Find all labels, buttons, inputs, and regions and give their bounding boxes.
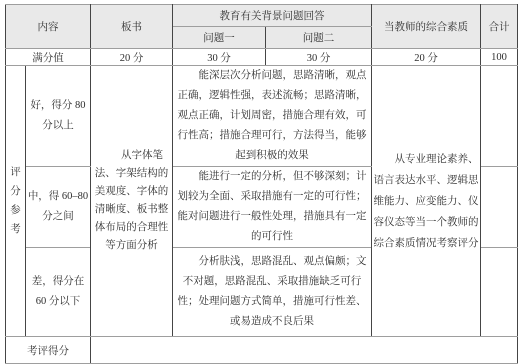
scoring-rubric-table-container: 内容 板书 教育有关背景问题回答 当教师的综合素质 合计 问题一 问题二 满分值…	[5, 4, 518, 364]
full-score-row: 满分值 20 分 30 分 30 分 20 分 100	[6, 49, 518, 66]
full-score-banshu: 20 分	[91, 49, 173, 66]
header-content: 内容	[6, 5, 91, 49]
grade-medium-label: 中，得 60–80 分之间	[26, 167, 91, 248]
total-cell-good	[481, 66, 518, 167]
criteria-side-label: 评分参考	[6, 66, 26, 337]
teacher-quality-criteria-cell: 从专业理论素养、语言表达水平、逻辑思维能力、应变能力、仪容仪态等当一个教师的综合…	[372, 66, 481, 337]
teacher-quality-criteria-text: 从专业理论素养、语言表达水平、逻辑思维能力、应变能力、仪容仪态等当一个教师的综合…	[372, 149, 480, 254]
criteria-good-text: 能深层次分析问题，思路清晰，观点正确，逻辑性强，表述流畅；思路清晰，观点正确，计…	[173, 66, 371, 166]
full-score-teacher-quality: 20 分	[372, 49, 481, 66]
header-question-1: 问题一	[173, 27, 266, 49]
header-row-1: 内容 板书 教育有关背景问题回答 当教师的综合素质 合计	[6, 5, 518, 27]
criteria-good-cell: 能深层次分析问题，思路清晰，观点正确，逻辑性强，表述流畅；思路清晰，观点正确，计…	[173, 66, 372, 167]
header-question-2: 问题二	[266, 27, 372, 49]
grade-good-label: 好，得分 80 分以上	[26, 66, 91, 167]
exam-score-value-cell	[91, 337, 518, 364]
header-total: 合计	[481, 5, 518, 49]
total-cell-medium	[481, 167, 518, 248]
criteria-poor-cell: 分析肤浅，思路混乱、观点偏颇；文不对题，思路混乱、采取措施缺乏可行性；处理问题方…	[173, 248, 372, 337]
header-teacher-quality: 当教师的综合素质	[372, 5, 481, 49]
full-score-label: 满分值	[6, 49, 91, 66]
exam-score-label: 考评得分	[6, 337, 91, 364]
grade-poor-label: 差，得分在 60 分以下	[26, 248, 91, 337]
criteria-row-good: 评分参考 好，得分 80 分以上 从字体笔法、字架结构的美观度、字体的清晰度、板…	[6, 66, 518, 167]
header-banshu: 板书	[91, 5, 173, 49]
total-cell-poor	[481, 248, 518, 337]
full-score-total: 100	[481, 49, 518, 66]
exam-score-row: 考评得分	[6, 337, 518, 364]
criteria-medium-text: 能进行一定的分析，但不够深刻；计划较为全面、采取措施有一定的可行性；能对问题进行…	[173, 167, 371, 247]
full-score-q2: 30 分	[266, 49, 372, 66]
banshu-criteria-cell: 从字体笔法、字架结构的美观度、字体的清晰度、板书整体布局的合理性等方面分析	[91, 66, 173, 337]
criteria-poor-text: 分析肤浅，思路混乱、观点偏颇；文不对题，思路混乱、采取措施缺乏可行性；处理问题方…	[173, 252, 371, 332]
banshu-criteria-text: 从字体笔法、字架结构的美观度、字体的清晰度、板书整体布局的合理性等方面分析	[91, 147, 172, 255]
scoring-rubric-table: 内容 板书 教育有关背景问题回答 当教师的综合素质 合计 问题一 问题二 满分值…	[5, 4, 518, 364]
full-score-q1: 30 分	[173, 49, 266, 66]
header-qa-group: 教育有关背景问题回答	[173, 5, 372, 27]
criteria-medium-cell: 能进行一定的分析，但不够深刻；计划较为全面、采取措施有一定的可行性；能对问题进行…	[173, 167, 372, 248]
